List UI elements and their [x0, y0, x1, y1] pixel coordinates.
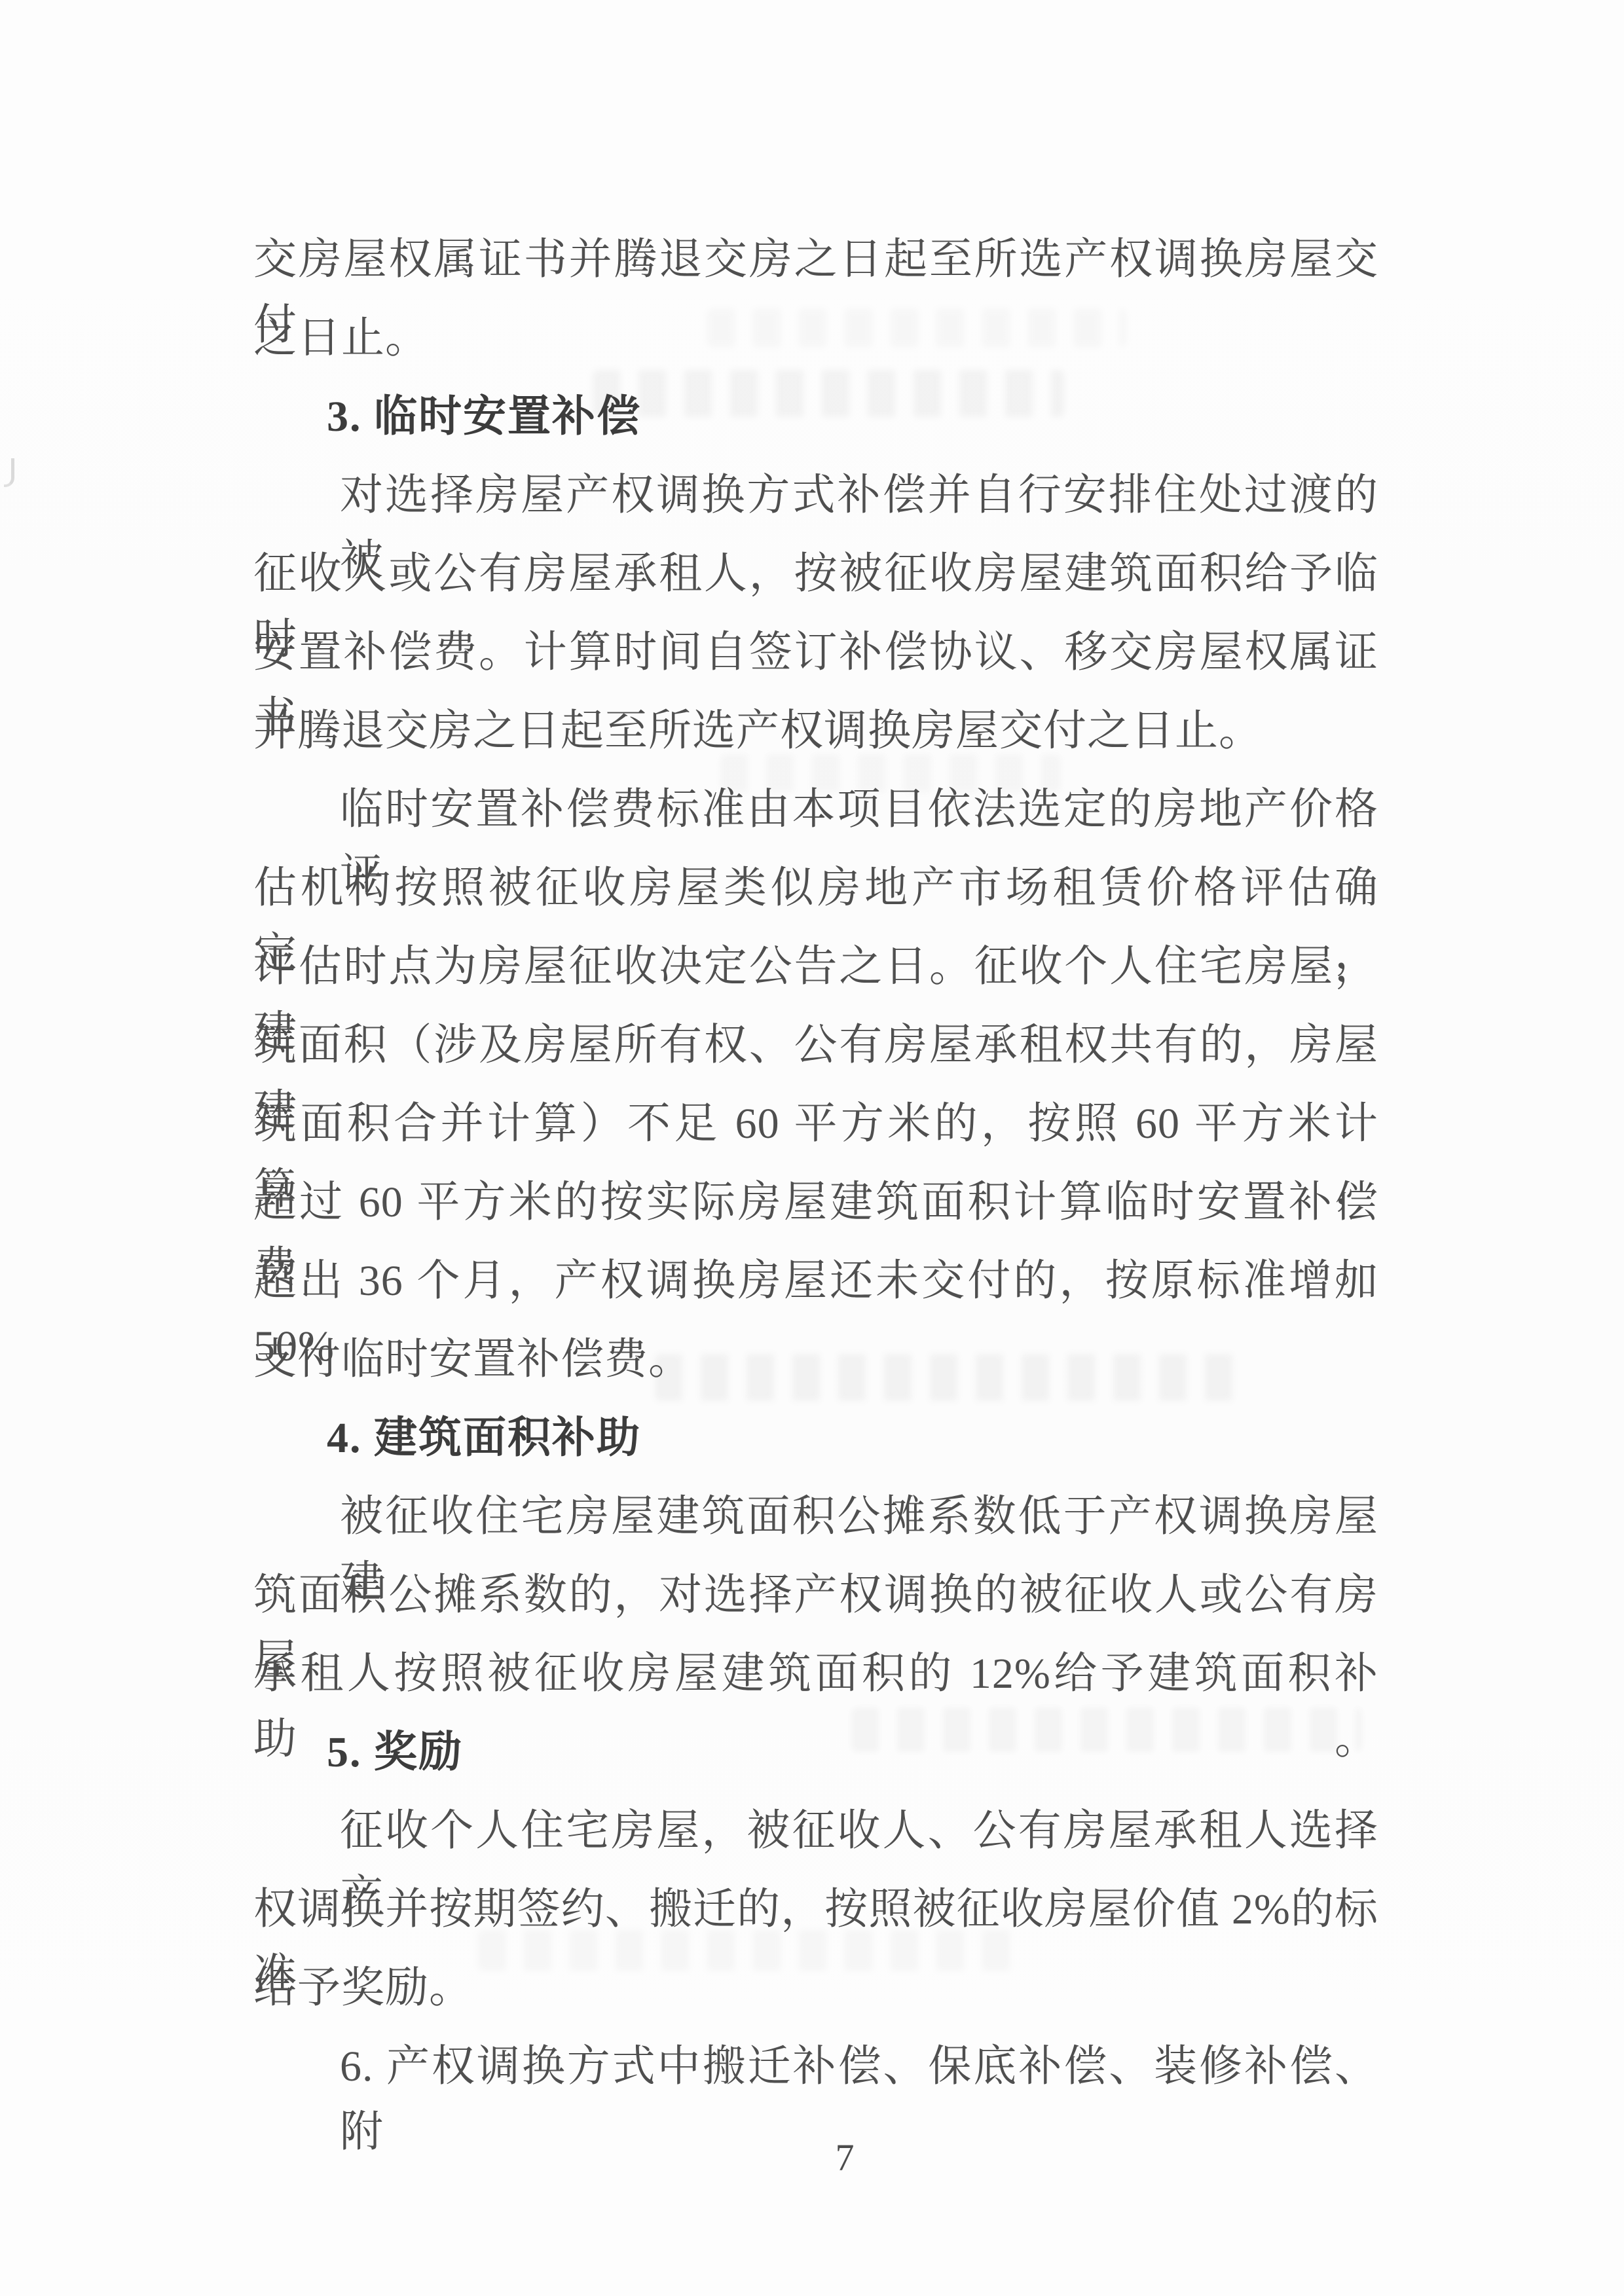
scan-edge-artifact: [4, 458, 14, 487]
text-line: 之日止。: [253, 306, 1378, 379]
section-heading-5: 5. 奖励: [253, 1720, 1378, 1793]
text-line: 超过 60 平方米的按实际房屋建筑面积计算临时安置补偿费。: [253, 1170, 1378, 1243]
text-line: 征收个人住宅房屋，被征收人、公有房屋承租人选择产: [253, 1798, 1378, 1872]
document-page: 交房屋权属证书并腾退交房之日起至所选产权调换房屋交付 之日止。 3. 临时安置补…: [0, 0, 1624, 2296]
text-line: 筑面积合并计算）不足 60 平方米的，按照 60 平方米计算，: [253, 1091, 1378, 1165]
text-line: 承租人按照被征收房屋建筑面积的 12%给予建筑面积补助。: [253, 1641, 1378, 1715]
text-line: 安置补偿费。计算时间自签订补偿协议、移交房屋权属证书: [253, 620, 1378, 693]
text-line: 超出 36 个月，产权调换房屋还未交付的，按原标准增加 50%: [253, 1248, 1378, 1322]
text-line: 交房屋权属证书并腾退交房之日起至所选产权调换房屋交付: [253, 227, 1378, 301]
text-line: 对选择房屋产权调换方式补偿并自行安排住处过渡的被: [253, 463, 1378, 536]
section-heading-4: 4. 建筑面积补助: [253, 1406, 1378, 1479]
text-line: 筑面积（涉及房屋所有权、公有房屋承租权共有的，房屋建: [253, 1013, 1378, 1086]
text-line: 被征收住宅房屋建筑面积公摊系数低于产权调换房屋建: [253, 1484, 1378, 1558]
text-line: 征收人或公有房屋承租人，按被征收房屋建筑面积给予临时: [253, 541, 1378, 615]
page-number: 7: [812, 2136, 877, 2179]
text-line: 筑面积公摊系数的，对选择产权调换的被征收人或公有房屋: [253, 1563, 1378, 1636]
text-line: 给予奖励。: [253, 1956, 1378, 2029]
text-line: 评估时点为房屋征收决定公告之日。征收个人住宅房屋，建: [253, 934, 1378, 1008]
text-line: 估机构按照被征收房屋类似房地产市场租赁价格评估确定，: [253, 856, 1378, 929]
text-line: 临时安置补偿费标准由本项目依法选定的房地产价格评: [253, 777, 1378, 850]
section-heading-3: 3. 临时安置补偿: [253, 384, 1378, 458]
text-line: 并腾退交房之日起至所选产权调换房屋交付之日止。: [253, 699, 1378, 772]
text-line: 6. 产权调换方式中搬迁补偿、保底补偿、装修补偿、附: [253, 2034, 1378, 2107]
text-line: 权调换并按期签约、搬迁的，按照被征收房屋价值 2%的标准: [253, 1877, 1378, 1950]
text-line: 支付临时安置补偿费。: [253, 1327, 1378, 1400]
